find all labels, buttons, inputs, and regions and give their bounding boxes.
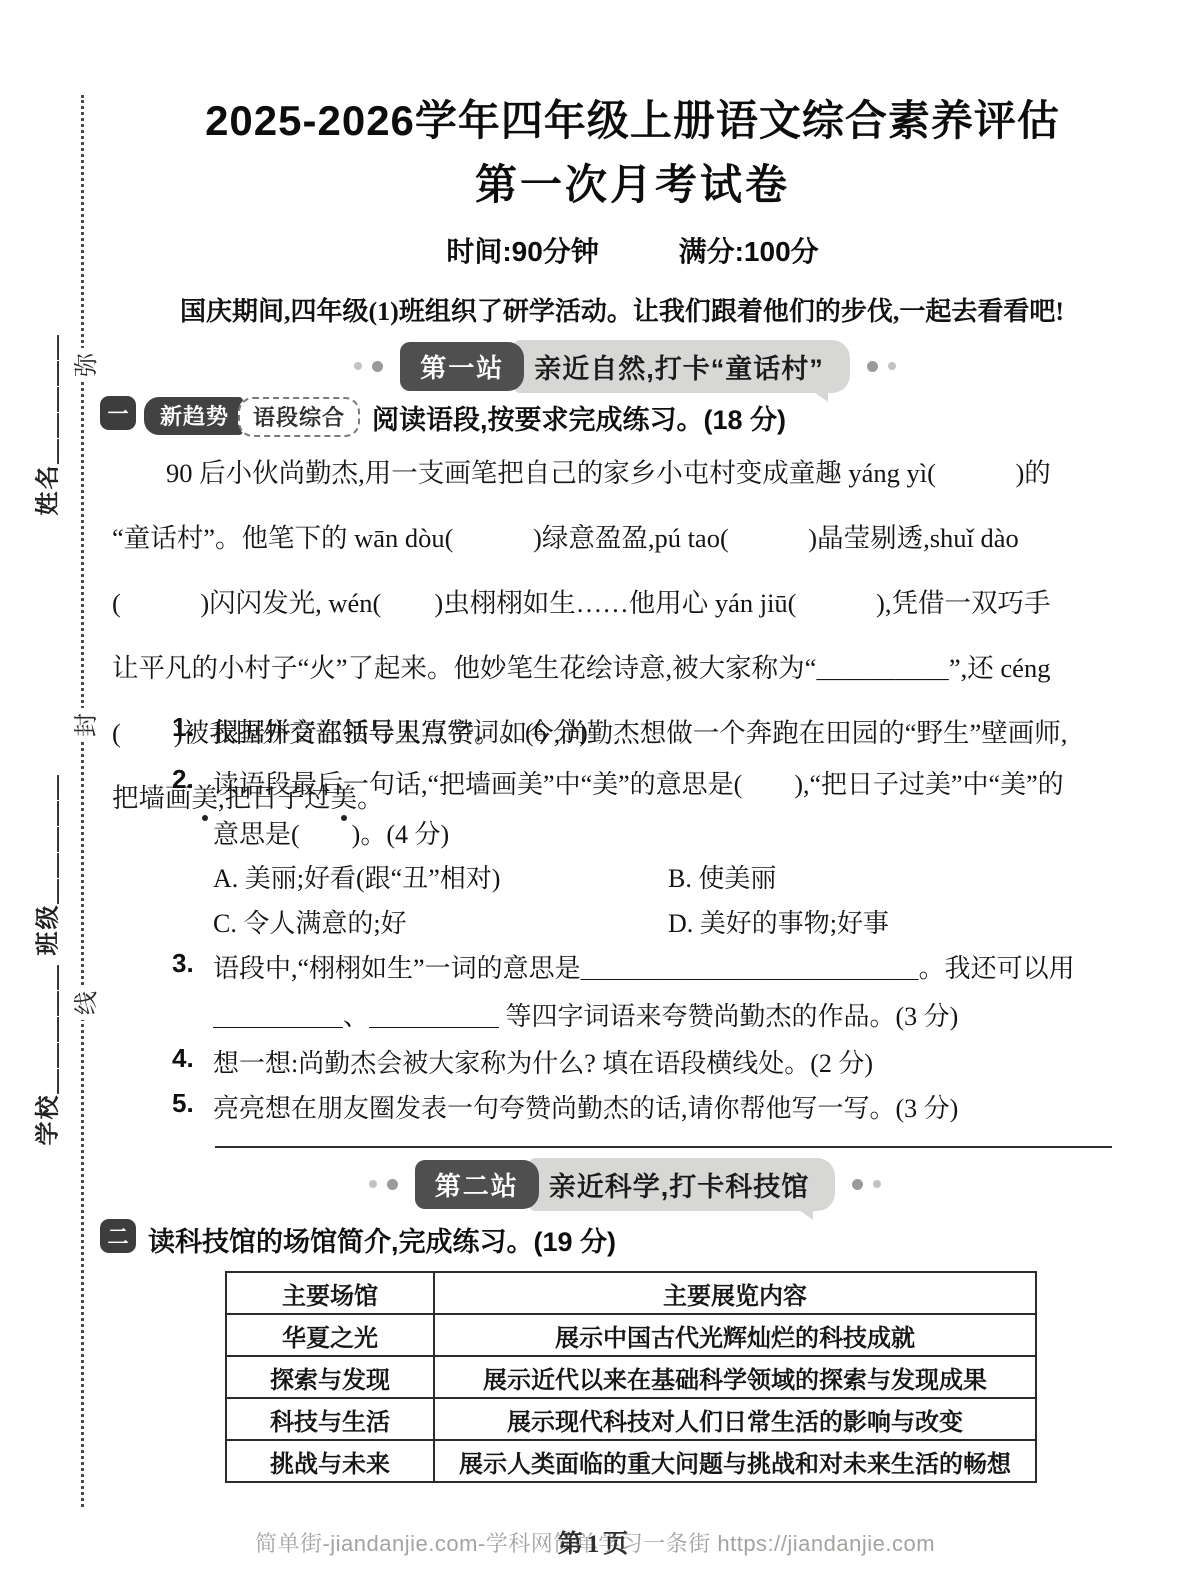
hall-content: 展示中国古代光辉灿烂的科技成就	[434, 1314, 1036, 1356]
table-row: 科技与生活 展示现代科技对人们日常生活的影响与改变	[226, 1398, 1036, 1440]
hall-name: 华夏之光	[226, 1314, 434, 1356]
decor-dot	[888, 362, 896, 370]
q2-text-line1: 读语段最后一句话,“把墙画美”中“美”的意思是( ),“把日子过美”中“美”的	[213, 764, 1064, 801]
section-divider	[215, 1146, 1112, 1148]
hall-content: 展示人类面临的重大问题与挑战和对未来生活的畅想	[434, 1440, 1036, 1482]
decor-dot	[867, 361, 878, 372]
hall-name: 科技与生活	[226, 1398, 434, 1440]
passage-type-tag: 语段综合	[238, 397, 360, 437]
decor-dot	[873, 1180, 881, 1188]
name-field: 姓名＿＿＿＿＿	[28, 296, 63, 516]
table-row: 华夏之光 展示中国古代光辉灿烂的科技成就	[226, 1314, 1036, 1356]
section1-title: 阅读语段,按要求完成练习。(18 分)	[372, 398, 786, 437]
q2-option-d: D. 美好的事物;好事	[668, 903, 889, 940]
table-header-hall: 主要场馆	[226, 1272, 434, 1314]
passage-line: 90 后小伙尚勤杰,用一支画笔把自己的家乡小屯村变成童趣 yáng yì( )的	[112, 441, 1118, 506]
q4-number: 4.	[172, 1043, 194, 1074]
q2-option-a: A. 美丽;好看(跟“丑”相对)	[213, 858, 500, 895]
seal-char-xian: 线	[66, 986, 100, 1020]
q2-text-line2: 意思是( )。(4 分)	[213, 814, 449, 851]
station1-banner: 第一站 亲近自然,打卡“童话村”	[90, 343, 1160, 389]
class-field: 班级＿＿＿＿＿	[28, 736, 63, 956]
q3-text-line1: 语段中,“栩栩如生”一词的意思是＿＿＿＿＿＿＿＿＿＿＿＿＿。我还可以用	[213, 948, 1075, 985]
venues-table: 主要场馆 主要展览内容 华夏之光 展示中国古代光辉灿烂的科技成就 探索与发现 展…	[225, 1271, 1037, 1483]
time-limit: 时间:90分钟	[446, 236, 598, 267]
table-row: 挑战与未来 展示人类面临的重大问题与挑战和对未来生活的畅想	[226, 1440, 1036, 1482]
q2-option-b: B. 使美丽	[668, 858, 776, 895]
station2-banner-body: 第二站 亲近科学,打卡科技馆	[415, 1158, 836, 1211]
paper-title-line1: 2025-2026学年四年级上册语文综合素养评估	[85, 88, 1180, 148]
decor-dot	[354, 362, 362, 370]
section2-title: 读科技馆的场馆简介,完成练习。(19 分)	[148, 1220, 616, 1259]
hall-name: 探索与发现	[226, 1356, 434, 1398]
station2-title: 亲近科学,打卡科技馆	[529, 1158, 836, 1211]
full-score: 满分:100分	[679, 236, 819, 267]
station1-banner-body: 第一站 亲近自然,打卡“童话村”	[400, 340, 850, 393]
q4-text: 想一想:尚勤杰会被大家称为什么? 填在语段横线处。(2 分)	[213, 1043, 873, 1080]
hall-content: 展示现代科技对人们日常生活的影响与改变	[434, 1398, 1036, 1440]
section1-number-badge: 一	[100, 396, 136, 430]
section2-number-badge: 二	[100, 1219, 136, 1253]
station1-badge: 第一站	[400, 342, 524, 391]
decor-dot	[372, 361, 383, 372]
station1-title: 亲近自然,打卡“童话村”	[514, 340, 850, 393]
table-row: 探索与发现 展示近代以来在基础科学领域的探索与发现成果	[226, 1356, 1036, 1398]
q1-number: 1.	[172, 712, 194, 743]
q2-number: 2.	[172, 764, 194, 795]
table-header-row: 主要场馆 主要展览内容	[226, 1272, 1036, 1314]
new-trend-tag: 新趋势	[144, 397, 243, 435]
hall-name: 挑战与未来	[226, 1440, 434, 1482]
station2-badge: 第二站	[415, 1160, 539, 1209]
paper-meta: 时间:90分钟 满分:100分	[85, 230, 1180, 270]
q2-option-c: C. 令人满意的;好	[213, 903, 407, 940]
q5-text: 亮亮想在朋友圈发表一句夸赞尚勤杰的话,请你帮他写一写。(3 分)	[213, 1088, 958, 1125]
decor-dot	[852, 1179, 863, 1190]
table-header-content: 主要展览内容	[434, 1272, 1036, 1314]
station2-banner: 第二站 亲近科学,打卡科技馆	[90, 1161, 1160, 1207]
seal-dotted-line	[81, 95, 84, 1507]
passage-line: ( )闪闪发光, wén( )虫栩栩如生……他用心 yán jiū( ),凭借一…	[112, 571, 1118, 636]
school-field: 学校＿＿＿＿＿	[28, 926, 63, 1146]
page-number: 第1页	[0, 1524, 1190, 1560]
hall-content: 展示近代以来在基础科学领域的探索与发现成果	[434, 1356, 1036, 1398]
q5-number: 5.	[172, 1088, 194, 1119]
seal-char-feng: 封	[66, 708, 100, 742]
q3-text-line2: ＿＿＿＿＿、＿＿＿＿＿ 等四字词语来夸赞尚勤杰的作品。(3 分)	[213, 996, 958, 1033]
decor-dot	[369, 1180, 377, 1188]
q3-number: 3.	[172, 948, 194, 979]
intro-text: 国庆期间,四年级(1)班组织了研学活动。让我们跟着他们的步伐,一起去看看吧!	[180, 291, 1140, 328]
paper-title-line2: 第一次月考试卷	[85, 152, 1180, 212]
decor-dot	[387, 1179, 398, 1190]
passage-line: 让平凡的小村子“火”了起来。他妙笔生花绘诗意,被大家称为“＿＿＿＿＿”,还 cé…	[112, 636, 1118, 701]
exam-paper-page: 弥 封 线 姓名＿＿＿＿＿ 班级＿＿＿＿＿ 学校＿＿＿＿＿ 2025-2026学…	[0, 0, 1190, 1586]
q1-text: 根据拼音在括号里写字词。(6 分)	[213, 712, 588, 749]
passage-line: “童话村”。他笔下的 wān dòu( )绿意盈盈,pú tao( )晶莹剔透,…	[112, 506, 1118, 571]
